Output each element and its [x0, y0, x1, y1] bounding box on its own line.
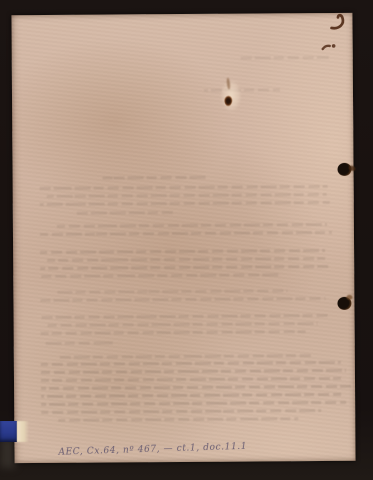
faded-text-line: [40, 273, 280, 278]
faded-text-line: [40, 201, 330, 206]
faded-text-line: [58, 417, 298, 422]
faded-text-line: [241, 56, 329, 60]
faded-text-line: [48, 322, 318, 327]
handwritten-dot-marks: [320, 39, 338, 53]
faded-text-line: [40, 297, 325, 302]
faded-text-line: [47, 257, 325, 262]
faded-text-line: [41, 401, 346, 407]
scanned-document-page: AEC, Cx.64, nº 467, — ct.1, doc.11.1: [0, 0, 373, 480]
burn-hole-top: [337, 163, 351, 176]
faded-text-line: [57, 223, 327, 228]
faded-text-line: [41, 409, 321, 414]
faded-text-line: [40, 185, 328, 190]
faded-text-line: [40, 265, 328, 270]
faded-text-line: [57, 289, 287, 294]
blue-index-tab-paper-edge: [17, 421, 29, 442]
burn-hole-bottom: [337, 297, 351, 310]
faded-text-line: [58, 354, 313, 359]
faded-text-line: [40, 231, 332, 236]
faded-text-line: [41, 369, 346, 375]
blue-index-tab: [0, 421, 17, 442]
faded-text-line: [40, 249, 325, 254]
archival-reference-annotation: AEC, Cx.64, nº 467, — ct.1, doc.11.1: [58, 438, 288, 461]
faded-text-line: [41, 330, 306, 335]
faded-text-line: [47, 193, 327, 198]
faded-text-line: [41, 385, 351, 391]
faded-text-line: [41, 361, 341, 366]
faded-text-line: [41, 377, 341, 382]
faded-typewritten-text: [11, 13, 352, 15]
aged-paper-sheet: AEC, Cx.64, nº 467, — ct.1, doc.11.1: [11, 13, 355, 463]
faded-text-line: [100, 176, 206, 180]
faded-text-line: [41, 314, 331, 319]
handwritten-numeral-mark: [328, 13, 350, 37]
faded-text-line: [46, 341, 116, 345]
faded-text-line: [41, 393, 341, 398]
faded-text-line: [73, 211, 173, 215]
